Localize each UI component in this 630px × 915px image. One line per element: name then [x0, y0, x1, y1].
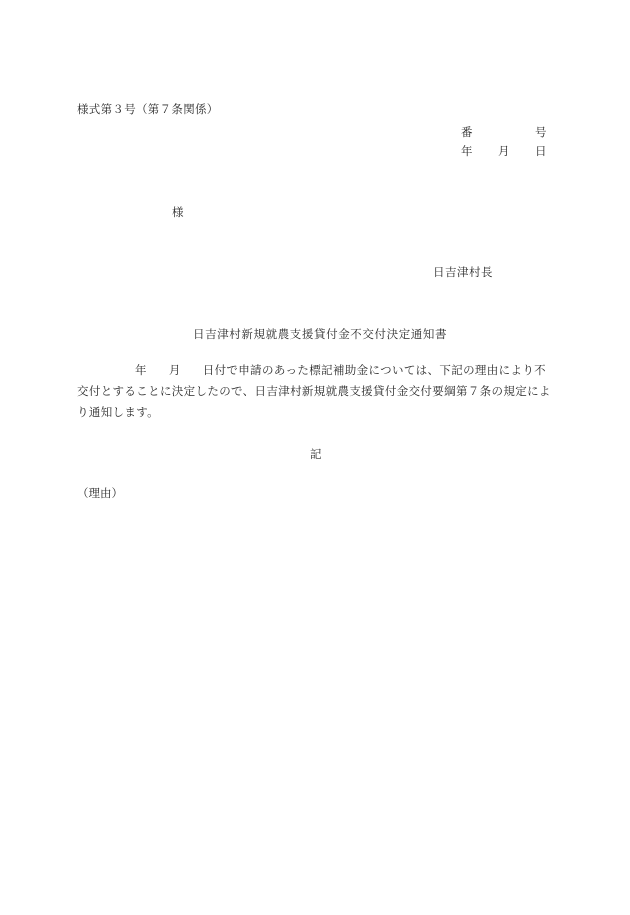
- form-number: 様式第３号（第７条関係）: [77, 101, 219, 117]
- body-line-1: 年月日付で申請のあった標記補助金については、下記の理由により不: [77, 360, 552, 381]
- body-line-1-text: 日付で申請のあった標記補助金については、下記の理由により不: [203, 360, 546, 381]
- document-number-go: 号: [535, 124, 547, 140]
- issue-date-month: 月: [498, 143, 510, 159]
- body-date-year: 年: [135, 360, 147, 381]
- body-line-3: り通知します。: [77, 402, 552, 423]
- body-line-2: 交付とすることに決定したので、日吉津村新規就農支援貸付金交付要綱第７条の規定によ: [77, 381, 552, 402]
- issue-date-day: 日: [535, 143, 547, 159]
- issue-date-year: 年: [461, 143, 473, 159]
- ki-heading: 記: [310, 446, 322, 462]
- reason-label: （理由）: [77, 485, 123, 501]
- addressee-honorific: 様: [172, 204, 184, 220]
- body-date-month: 月: [169, 360, 181, 381]
- document-number-ban: 番: [461, 124, 473, 140]
- document-title: 日吉津村新規就農支援貸付金不交付決定通知書: [193, 326, 447, 342]
- body-text: 年月日付で申請のあった標記補助金については、下記の理由により不 交付とすることに…: [77, 360, 552, 423]
- sender-name: 日吉津村長: [433, 264, 493, 280]
